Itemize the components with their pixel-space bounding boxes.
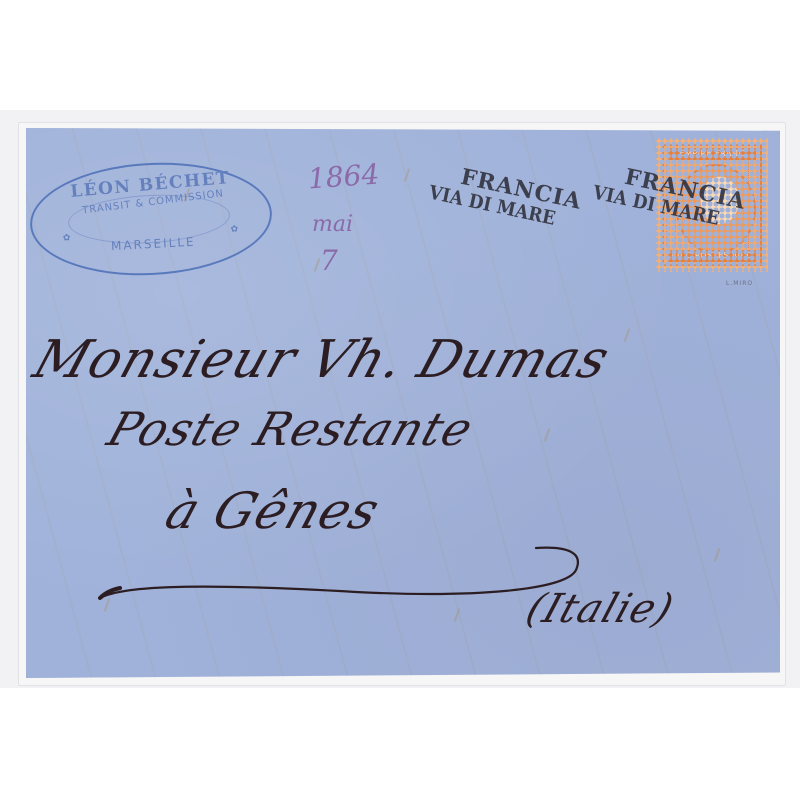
address-poste-restante: Poste Restante [101, 402, 480, 456]
stamp-top-text: EMPIRE FRANC [668, 148, 756, 160]
docket-month: mai [312, 212, 353, 237]
paper-stain [454, 608, 461, 622]
expert-signature-mark: L.MIRO [726, 280, 753, 287]
address-city: à Gênes [159, 482, 388, 540]
handstamp-ornament-icon: ✿ [63, 233, 71, 243]
docket-year: 1864 [307, 158, 380, 196]
underline-flourish [96, 540, 596, 610]
paper-stain [624, 328, 631, 342]
paper-stain [404, 168, 411, 182]
stamp-bottom-text: 40 C POSTES 40 C [668, 250, 756, 262]
handstamp-ornament-icon: ✿ [230, 224, 238, 234]
address-recipient: Monsieur Vh. Dumas [26, 330, 617, 390]
docket-day: 7 [320, 244, 338, 277]
paper-stain [714, 548, 721, 562]
paper-stain [544, 428, 551, 442]
